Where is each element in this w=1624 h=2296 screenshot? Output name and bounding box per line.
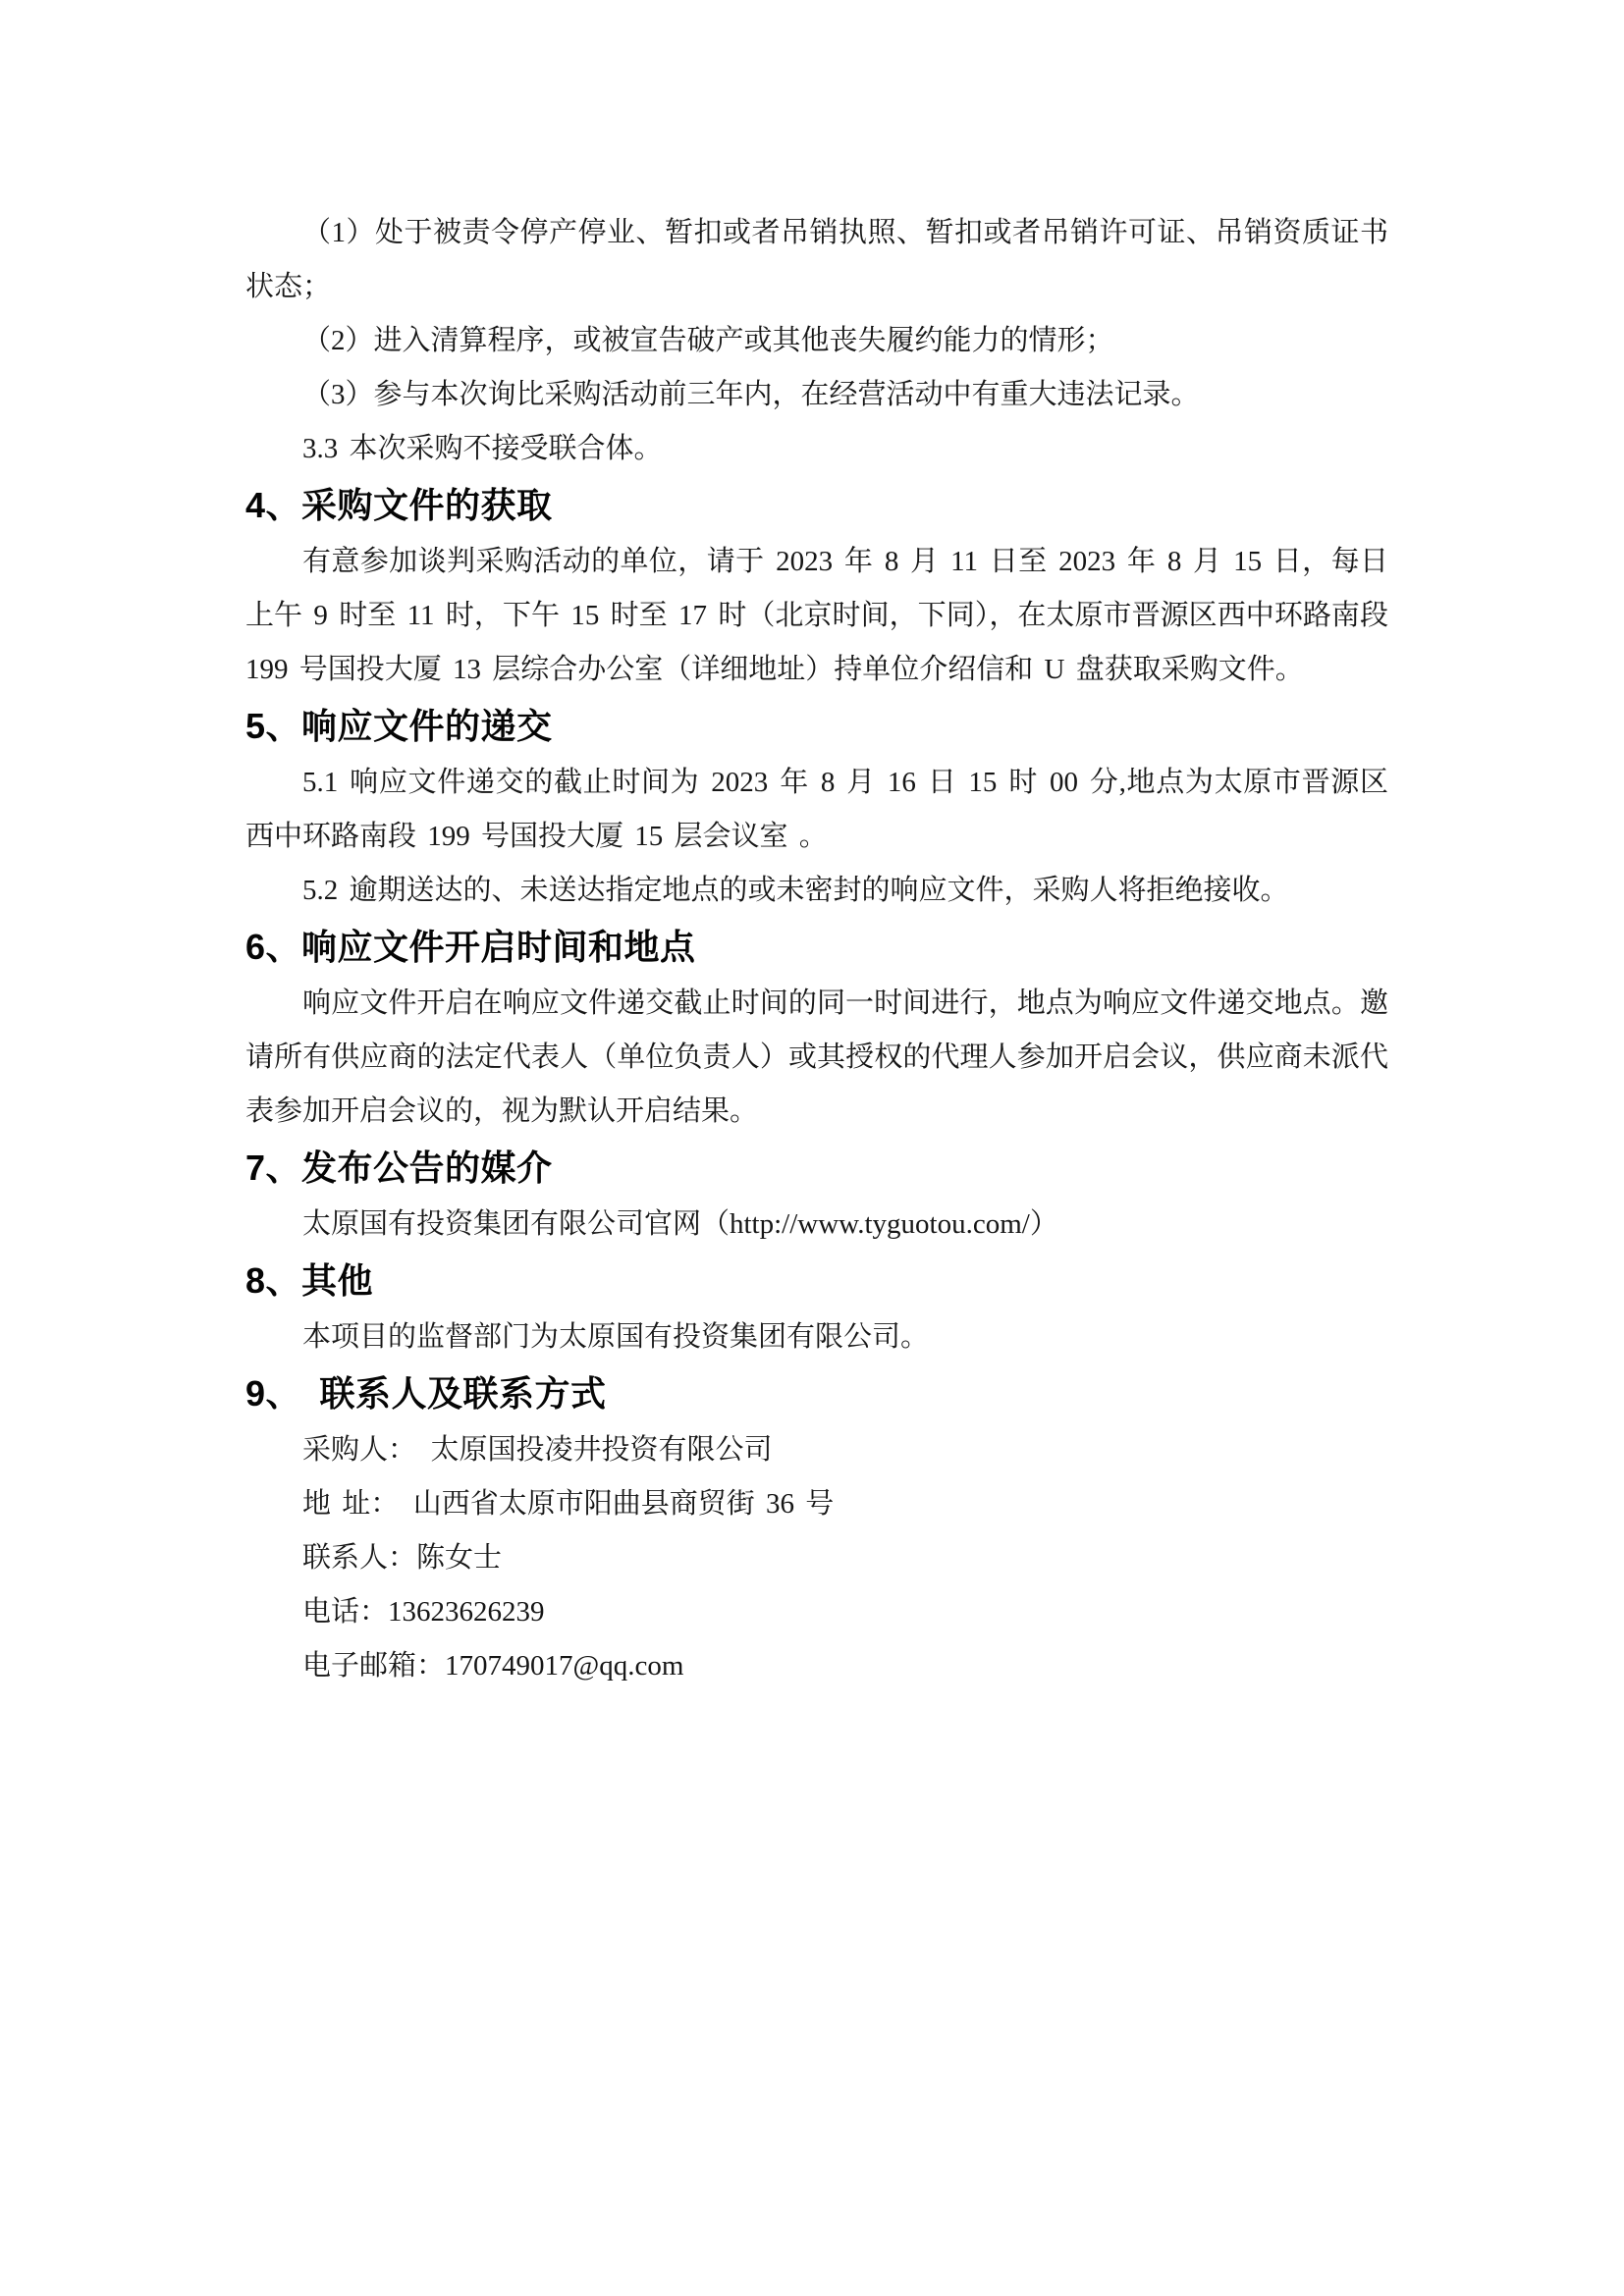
- contact-line-buyer: 采购人： 太原国投凌井投资有限公司: [245, 1423, 1388, 1477]
- paragraph-status-clause-2: （2）进入清算程序，或被宣告破产或其他丧失履约能力的情形；: [245, 314, 1388, 368]
- contact-line-person: 联系人：陈女士: [245, 1531, 1388, 1585]
- contact-line-phone: 电话：13623626239: [245, 1585, 1388, 1639]
- paragraph-status-clause-3: （3）参与本次询比采购活动前三年内，在经营活动中有重大违法记录。: [245, 368, 1388, 422]
- paragraph-submission-deadline: 5.1 响应文件递交的截止时间为 2023 年 8 月 16 日 15 时 00…: [245, 756, 1388, 864]
- paragraph-clause-3-3: 3.3 本次采购不接受联合体。: [245, 422, 1388, 476]
- document-page: （1）处于被责令停产停业、暂扣或者吊销执照、暂扣或者吊销许可证、吊销资质证书状态…: [0, 0, 1624, 2296]
- paragraph-opening-details: 响应文件开启在响应文件递交截止时间的同一时间进行，地点为响应文件递交地点。邀请所…: [245, 977, 1388, 1139]
- contact-line-email: 电子邮箱：170749017@qq.com: [245, 1639, 1388, 1693]
- heading-section-6-opening-time-place: 6、响应文件开启时间和地点: [245, 918, 1388, 977]
- paragraph-official-website: 太原国有投资集团有限公司官网（http://www.tyguotou.com/）: [245, 1198, 1388, 1252]
- heading-section-8-other: 8、其他: [245, 1252, 1388, 1310]
- heading-section-9-contact-info: 9、 联系人及联系方式: [245, 1364, 1388, 1423]
- heading-section-4-document-acquisition: 4、采购文件的获取: [245, 476, 1388, 535]
- heading-section-5-response-submission: 5、响应文件的递交: [245, 697, 1388, 756]
- heading-section-7-announcement-media: 7、发布公告的媒介: [245, 1139, 1388, 1198]
- contact-line-address: 地 址： 山西省太原市阳曲县商贸街 36 号: [245, 1477, 1388, 1531]
- paragraph-late-delivery: 5.2 逾期送达的、未送达指定地点的或未密封的响应文件，采购人将拒绝接收。: [245, 864, 1388, 918]
- paragraph-document-acquisition: 有意参加谈判采购活动的单位，请于 2023 年 8 月 11 日至 2023 年…: [245, 535, 1388, 697]
- paragraph-status-clause-1: （1）处于被责令停产停业、暂扣或者吊销执照、暂扣或者吊销许可证、吊销资质证书状态…: [245, 206, 1388, 314]
- paragraph-supervision-department: 本项目的监督部门为太原国有投资集团有限公司。: [245, 1310, 1388, 1364]
